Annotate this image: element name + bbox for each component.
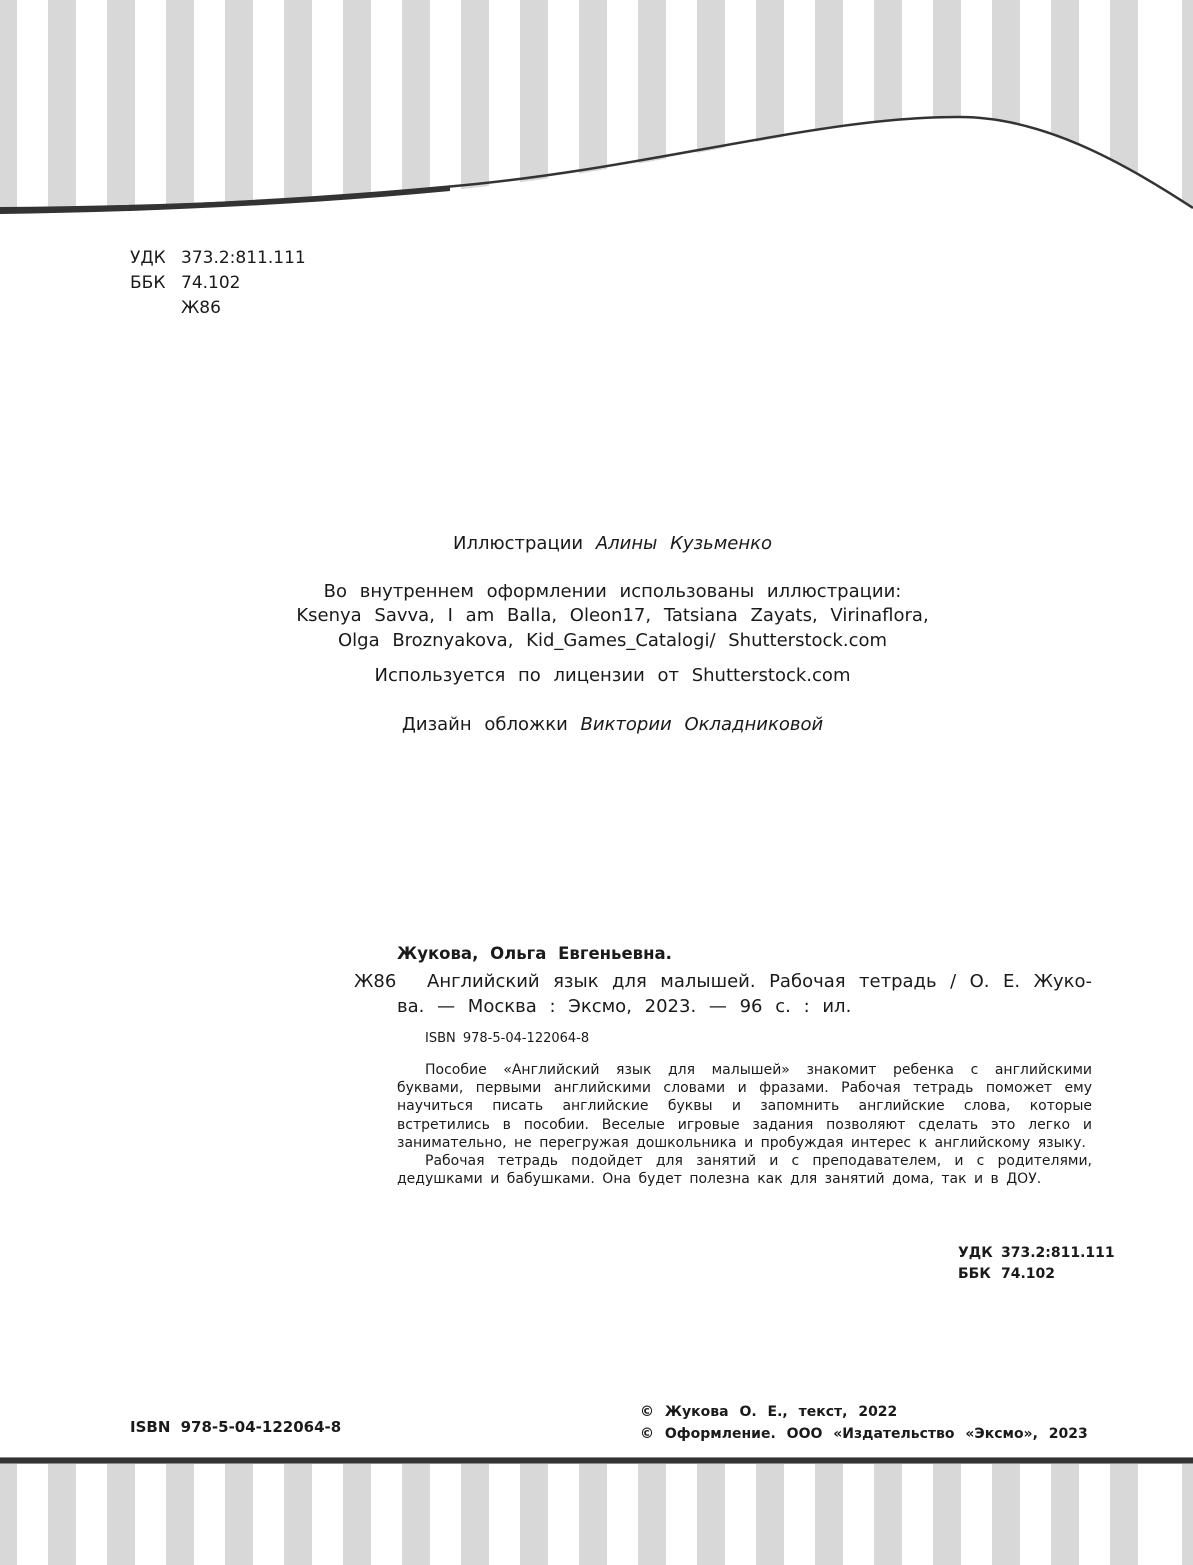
isbn: ISBN 978-5-04-122064-8 — [130, 1420, 341, 1435]
inner-design-line-2: Ksenya Savva, I am Balla, Oleon17, Tatsi… — [0, 607, 1193, 625]
annotation-paragraph: Рабочая тетрадь подойдет для занятий и с… — [397, 1152, 1092, 1188]
cover-design-label: Дизайн обложки — [402, 714, 568, 735]
udk-value: 373.2:811.111 — [181, 246, 306, 271]
inner-design-line-3: Olga Broznyakova, Kid_Games_Catalogi/ Sh… — [0, 632, 1193, 650]
annotation-paragraph: Пособие «Английский язык для малышей» зн… — [397, 1061, 1092, 1152]
top-wave-decoration — [0, 0, 1193, 230]
annotation: Пособие «Английский язык для малышей» зн… — [397, 1061, 1092, 1188]
copyright-block: © Жукова О. Е., текст, 2022 © Оформление… — [640, 1401, 1088, 1445]
bibliographic-isbn: ISBN 978-5-04-122064-8 — [425, 1032, 589, 1045]
cover-design-author: Виктории Окладниковой — [581, 714, 824, 735]
bbk-value: 74.102 — [1001, 1264, 1055, 1285]
bibliographic-author-mark: Ж86 — [354, 973, 396, 991]
udk-label: УДК — [958, 1243, 1001, 1264]
bibliographic-author: Жукова, Ольга Евгеньевна. — [397, 946, 672, 963]
illustrations-credit: Иллюстрации Алины Кузьменко — [0, 535, 1193, 553]
classification-codes-bottom: УДК373.2:811.111 ББК74.102 — [958, 1243, 1115, 1285]
license-line: Используется по лицензии от Shutterstock… — [0, 667, 1193, 685]
illustrations-label: Иллюстрации — [453, 533, 583, 554]
author-mark: Ж86 — [181, 296, 221, 321]
bbk-label: ББК — [130, 271, 181, 296]
bbk-value: 74.102 — [181, 271, 240, 296]
bibliographic-title-line-2: ва. — Москва : Эксмо, 2023. — 96 с. : ил… — [397, 998, 851, 1016]
copyright-text: © Жукова О. Е., текст, 2022 — [640, 1401, 1088, 1423]
bbk-label: ББК — [958, 1264, 1001, 1285]
udk-value: 373.2:811.111 — [1001, 1243, 1115, 1264]
cover-design-credit: Дизайн обложки Виктории Окладниковой — [0, 716, 1193, 734]
classification-codes-top: УДК373.2:811.111 ББК74.102 Ж86 — [130, 246, 306, 321]
bibliographic-title-line-1: Английский язык для малышей. Рабочая тет… — [427, 973, 1092, 991]
bottom-divider-bar — [0, 1457, 1193, 1464]
inner-design-line-1: Во внутреннем оформлении использованы ил… — [0, 583, 1193, 601]
bottom-stripe-decoration — [0, 1464, 1193, 1565]
illustrations-author: Алины Кузьменко — [596, 533, 772, 554]
udk-label: УДК — [130, 246, 181, 271]
copyright-design: © Оформление. ООО «Издательство «Эксмо»,… — [640, 1423, 1088, 1445]
